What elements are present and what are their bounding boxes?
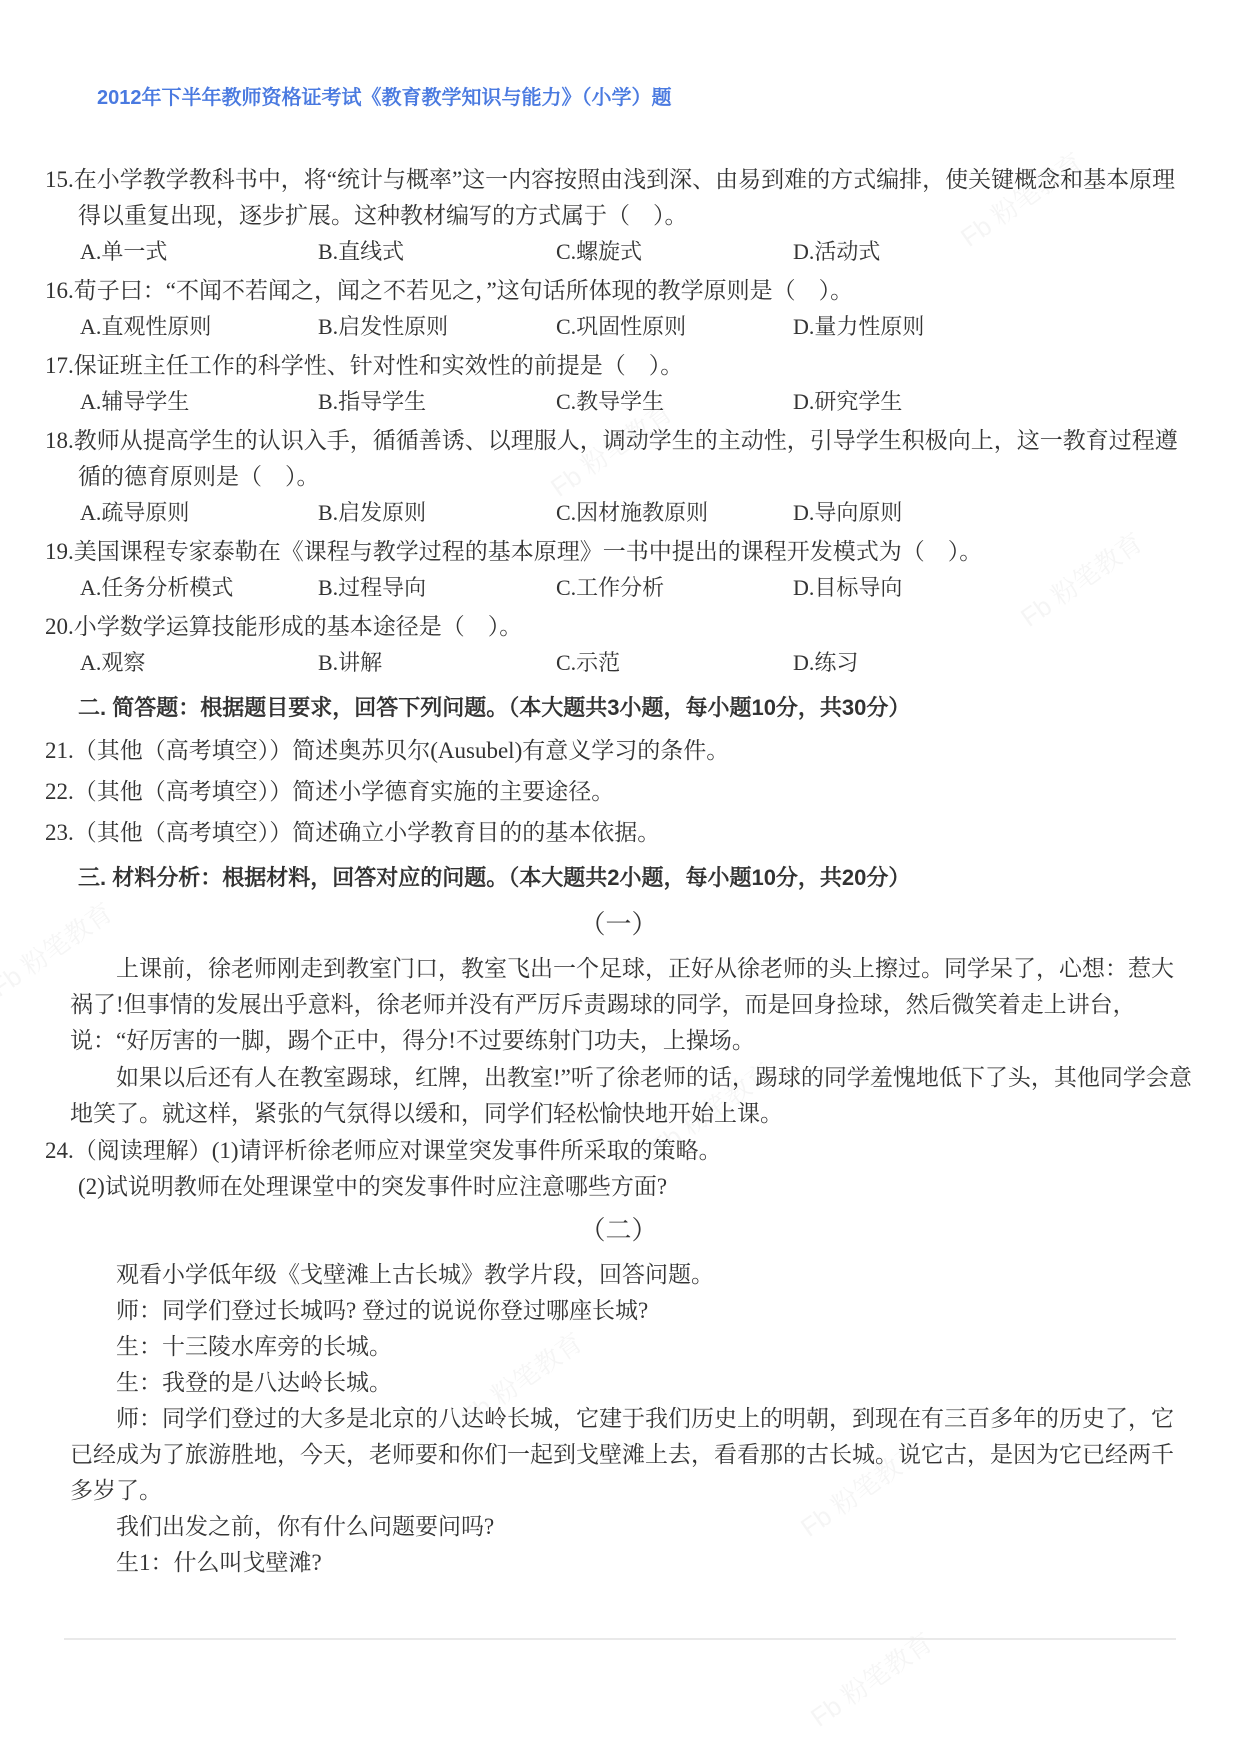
material-2-dialogue-line: 师：同学们登过的大多是北京的八达岭长城，它建于我们历史上的明朝，到现在有三百多年…: [70, 1401, 1192, 1509]
question-23: 23.（其他（高考填空））简述确立小学教育目的的基本依据。: [45, 815, 1192, 851]
question-text: （其他（高考填空））简述小学德育实施的主要途径。: [74, 779, 615, 804]
option-d: D.量力性原则: [793, 309, 1192, 345]
question-19: 19.美国课程专家泰勒在《课程与教学过程的基本原理》一书中提出的课程开发模式为（…: [45, 534, 1192, 606]
material-2: （二） 观看小学低年级《戈壁滩上古长城》教学片段，回答问题。 师：同学们登过长城…: [45, 1209, 1192, 1581]
option-d: D.导向原则: [793, 495, 1192, 531]
option-c: C.巩固性原则: [556, 309, 793, 345]
option-d: D.活动式: [793, 234, 1192, 270]
material-2-dialogue-line: 生：我登的是八达岭长城。: [70, 1365, 1192, 1401]
question-20-options: A.观察 B.讲解 C.示范 D.练习: [80, 645, 1192, 681]
question-number: 23.: [45, 820, 74, 845]
question-19-options: A.任务分析模式 B.过程导向 C.工作分析 D.目标导向: [80, 570, 1192, 606]
question-20-stem: 20.小学数学运算技能形成的基本途径是（ ）。: [45, 609, 1192, 645]
question-18: 18.教师从提高学生的认识入手，循循善诱、以理服人，调动学生的主动性，引导学生积…: [45, 423, 1192, 531]
question-number: 24.: [45, 1138, 74, 1163]
material-2-dialogue-line: 师：同学们登过长城吗? 登过的说说你登过哪座长城?: [70, 1293, 1192, 1329]
question-17-options: A.辅导学生 B.指导学生 C.教导学生 D.研究学生: [80, 384, 1192, 420]
material-1-label: （一）: [45, 903, 1192, 947]
material-1: （一） 上课前，徐老师刚走到教室门口，教室飞出一个足球，正好从徐老师的头上擦过。…: [45, 903, 1192, 1132]
question-20: 20.小学数学运算技能形成的基本途径是（ ）。 A.观察 B.讲解 C.示范 D…: [45, 609, 1192, 681]
question-18-stem: 18.教师从提高学生的认识入手，循循善诱、以理服人，调动学生的主动性，引导学生积…: [45, 423, 1192, 495]
question-number: 16.: [45, 278, 74, 303]
question-text: （其他（高考填空））简述奥苏贝尔(Ausubel)有意义学习的条件。: [74, 738, 729, 763]
question-24-line-2: (2)试说明教师在处理课堂中的突发事件时应注意哪些方面?: [78, 1169, 1192, 1205]
option-b: B.启发原则: [318, 495, 556, 531]
exam-document: Fb 粉笔教育 Fb 粉笔教育 Fb 粉笔教育 Fb 粉笔教育 Fb 粉笔教育 …: [0, 0, 1240, 1754]
option-b: B.启发性原则: [318, 309, 556, 345]
document-body: 2012年下半年教师资格证考试《教育教学知识与能力》（小学）题 15.在小学教学…: [0, 0, 1240, 1581]
question-text: （阅读理解）(1)请评析徐老师应对课堂突发事件所采取的策略。: [74, 1138, 722, 1163]
question-24: 24.（阅读理解）(1)请评析徐老师应对课堂突发事件所采取的策略。 (2)试说明…: [45, 1133, 1192, 1205]
option-c: C.螺旋式: [556, 234, 793, 270]
material-2-intro: 观看小学低年级《戈壁滩上古长城》教学片段，回答问题。: [70, 1257, 1192, 1293]
option-b: B.直线式: [318, 234, 556, 270]
option-a: A.观察: [80, 645, 318, 681]
option-c: C.工作分析: [556, 570, 793, 606]
question-text: 荀子曰：“不闻不若闻之，闻之不若见之，”这句话所体现的教学原则是（ ）。: [74, 278, 853, 303]
question-number: 20.: [45, 614, 74, 639]
option-c: C.示范: [556, 645, 793, 681]
question-number: 15.: [45, 167, 74, 192]
question-number: 22.: [45, 779, 74, 804]
material-2-dialogue-line: 生1：什么叫戈壁滩?: [70, 1545, 1192, 1581]
question-number: 21.: [45, 738, 74, 763]
page-title: 2012年下半年教师资格证考试《教育教学知识与能力》（小学）题: [97, 84, 1192, 112]
option-a: A.辅导学生: [80, 384, 318, 420]
question-number: 17.: [45, 353, 74, 378]
section-3-header: 三. 材料分析：根据材料，回答对应的问题。（本大题共2小题，每小题10分，共20…: [78, 859, 1192, 897]
option-c: C.因材施教原则: [556, 495, 793, 531]
question-text: 小学数学运算技能形成的基本途径是（ ）。: [74, 614, 523, 639]
question-19-stem: 19.美国课程专家泰勒在《课程与教学过程的基本原理》一书中提出的课程开发模式为（…: [45, 534, 1192, 570]
material-1-paragraph-2: 如果以后还有人在教室踢球，红牌，出教室!”听了徐老师的话，踢球的同学羞愧地低下了…: [70, 1060, 1192, 1132]
option-a: A.疏导原则: [80, 495, 318, 531]
section-2-header: 二. 简答题：根据题目要求，回答下列问题。（本大题共3小题，每小题10分，共30…: [78, 689, 1192, 727]
question-22: 22.（其他（高考填空））简述小学德育实施的主要途径。: [45, 774, 1192, 810]
question-16: 16.荀子曰：“不闻不若闻之，闻之不若见之，”这句话所体现的教学原则是（ ）。 …: [45, 273, 1192, 345]
short-answer-section: 21.（其他（高考填空））简述奥苏贝尔(Ausubel)有意义学习的条件。 22…: [45, 733, 1192, 851]
question-text: 在小学教学教科书中，将“统计与概率”这一内容按照由浅到深、由易到难的方式编排，使…: [74, 167, 1175, 228]
question-text: 教师从提高学生的认识入手，循循善诱、以理服人，调动学生的主动性，引导学生积极向上…: [74, 428, 1178, 489]
option-d: D.练习: [793, 645, 1192, 681]
question-15-options: A.单一式 B.直线式 C.螺旋式 D.活动式: [80, 234, 1192, 270]
question-text: 保证班主任工作的科学性、针对性和实效性的前提是（ ）。: [74, 353, 684, 378]
question-21: 21.（其他（高考填空））简述奥苏贝尔(Ausubel)有意义学习的条件。: [45, 733, 1192, 769]
question-number: 18.: [45, 428, 74, 453]
material-2-dialogue-line: 我们出发之前，你有什么问题要问吗?: [70, 1509, 1192, 1545]
bottom-divider: [64, 1638, 1176, 1640]
question-24-line-1: 24.（阅读理解）(1)请评析徐老师应对课堂突发事件所采取的策略。: [45, 1133, 1192, 1169]
option-a: A.任务分析模式: [80, 570, 318, 606]
question-number: 19.: [45, 539, 74, 564]
option-b: B.指导学生: [318, 384, 556, 420]
option-a: A.直观性原则: [80, 309, 318, 345]
question-18-options: A.疏导原则 B.启发原则 C.因材施教原则 D.导向原则: [80, 495, 1192, 531]
option-b: B.过程导向: [318, 570, 556, 606]
question-17: 17.保证班主任工作的科学性、针对性和实效性的前提是（ ）。 A.辅导学生 B.…: [45, 348, 1192, 420]
question-17-stem: 17.保证班主任工作的科学性、针对性和实效性的前提是（ ）。: [45, 348, 1192, 384]
option-d: D.目标导向: [793, 570, 1192, 606]
option-a: A.单一式: [80, 234, 318, 270]
question-15: 15.在小学教学教科书中，将“统计与概率”这一内容按照由浅到深、由易到难的方式编…: [45, 162, 1192, 270]
question-15-stem: 15.在小学教学教科书中，将“统计与概率”这一内容按照由浅到深、由易到难的方式编…: [45, 162, 1192, 234]
material-2-dialogue-line: 生：十三陵水库旁的长城。: [70, 1329, 1192, 1365]
question-16-options: A.直观性原则 B.启发性原则 C.巩固性原则 D.量力性原则: [80, 309, 1192, 345]
multiple-choice-section: 15.在小学教学教科书中，将“统计与概率”这一内容按照由浅到深、由易到难的方式编…: [45, 162, 1192, 681]
question-text: （其他（高考填空））简述确立小学教育目的的基本依据。: [74, 820, 661, 845]
option-b: B.讲解: [318, 645, 556, 681]
option-c: C.教导学生: [556, 384, 793, 420]
question-16-stem: 16.荀子曰：“不闻不若闻之，闻之不若见之，”这句话所体现的教学原则是（ ）。: [45, 273, 1192, 309]
material-1-paragraph-1: 上课前，徐老师刚走到教室门口，教室飞出一个足球，正好从徐老师的头上擦过。同学呆了…: [70, 951, 1192, 1059]
material-2-label: （二）: [45, 1209, 1192, 1253]
option-d: D.研究学生: [793, 384, 1192, 420]
question-text: 美国课程专家泰勒在《课程与教学过程的基本原理》一书中提出的课程开发模式为（ ）。: [74, 539, 983, 564]
